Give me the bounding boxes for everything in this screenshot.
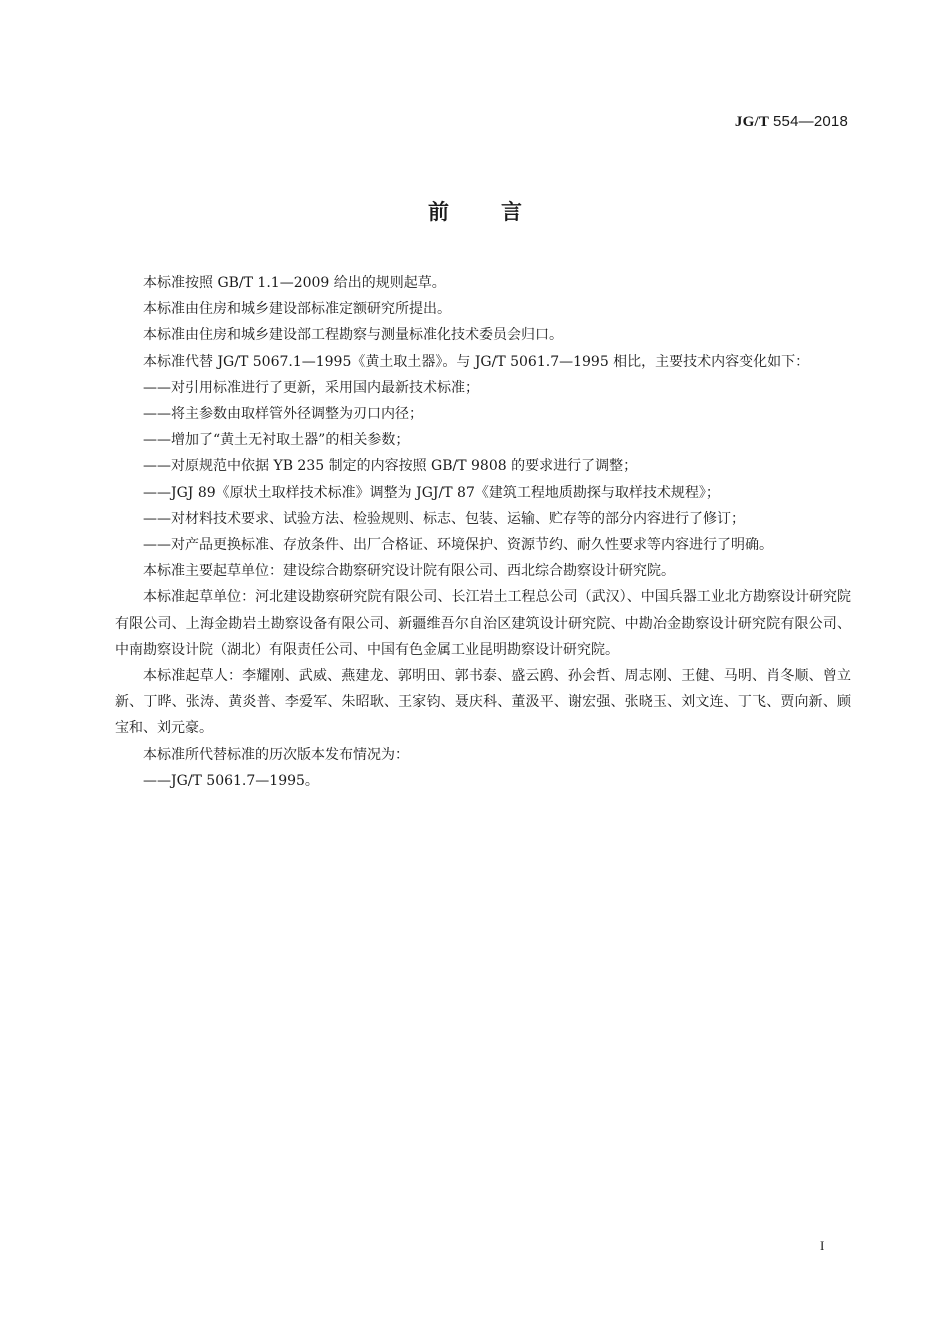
standard-code-number: 554—2018 bbox=[773, 113, 848, 130]
change-item: ——将主参数由取样管外径调整为刃口内径； bbox=[115, 401, 851, 427]
foreword-body: 本标准按照 GB/T 1.1—2009 给出的规则起草。 本标准由住房和城乡建设… bbox=[115, 270, 851, 794]
title-char-1: 前 bbox=[428, 196, 449, 226]
change-item: ——对材料技术要求、试验方法、检验规则、标志、包装、运输、贮存等的部分内容进行了… bbox=[115, 506, 851, 532]
change-item: ——对产品更换标准、存放条件、出厂合格证、环境保护、资源节约、耐久性要求等内容进… bbox=[115, 532, 851, 558]
change-item: ——增加了“黄土无衬取土器”的相关参数； bbox=[115, 427, 851, 453]
page-title: 前言 bbox=[0, 196, 950, 226]
page-number: I bbox=[820, 1238, 824, 1254]
title-char-2: 言 bbox=[501, 196, 522, 226]
standard-code-prefix: JG/T bbox=[735, 114, 769, 130]
standard-code-header: JG/T 554—2018 bbox=[735, 113, 848, 131]
paragraph-drafters: 本标准起草人：李耀刚、武威、燕建龙、郭明田、郭书泰、盛云鸥、孙会哲、周志刚、王健… bbox=[115, 663, 851, 742]
previous-edition-item: ——JG/T 5061.7—1995。 bbox=[115, 768, 851, 794]
change-item: ——对原规范中依据 YB 235 制定的内容按照 GB/T 9808 的要求进行… bbox=[115, 453, 851, 479]
change-item: ——对引用标准进行了更新，采用国内最新技术标准； bbox=[115, 375, 851, 401]
paragraph-drafting-rules: 本标准按照 GB/T 1.1—2009 给出的规则起草。 bbox=[115, 270, 851, 296]
paragraph-centralized-by: 本标准由住房和城乡建设部工程勘察与测量标准化技术委员会归口。 bbox=[115, 322, 851, 348]
paragraph-proposed-by: 本标准由住房和城乡建设部标准定额研究所提出。 bbox=[115, 296, 851, 322]
paragraph-drafting-units: 本标准起草单位：河北建设勘察研究院有限公司、长江岩土工程总公司（武汉）、中国兵器… bbox=[115, 584, 851, 663]
change-item: ——JGJ 89《原状土取样技术标准》调整为 JGJ/T 87《建筑工程地质勘探… bbox=[115, 480, 851, 506]
paragraph-previous-editions: 本标准所代替标准的历次版本发布情况为： bbox=[115, 742, 851, 768]
paragraph-replaces: 本标准代替 JG/T 5067.1—1995《黄土取土器》。与 JG/T 506… bbox=[115, 349, 851, 375]
paragraph-main-drafting-units: 本标准主要起草单位：建设综合勘察研究设计院有限公司、西北综合勘察设计研究院。 bbox=[115, 558, 851, 584]
